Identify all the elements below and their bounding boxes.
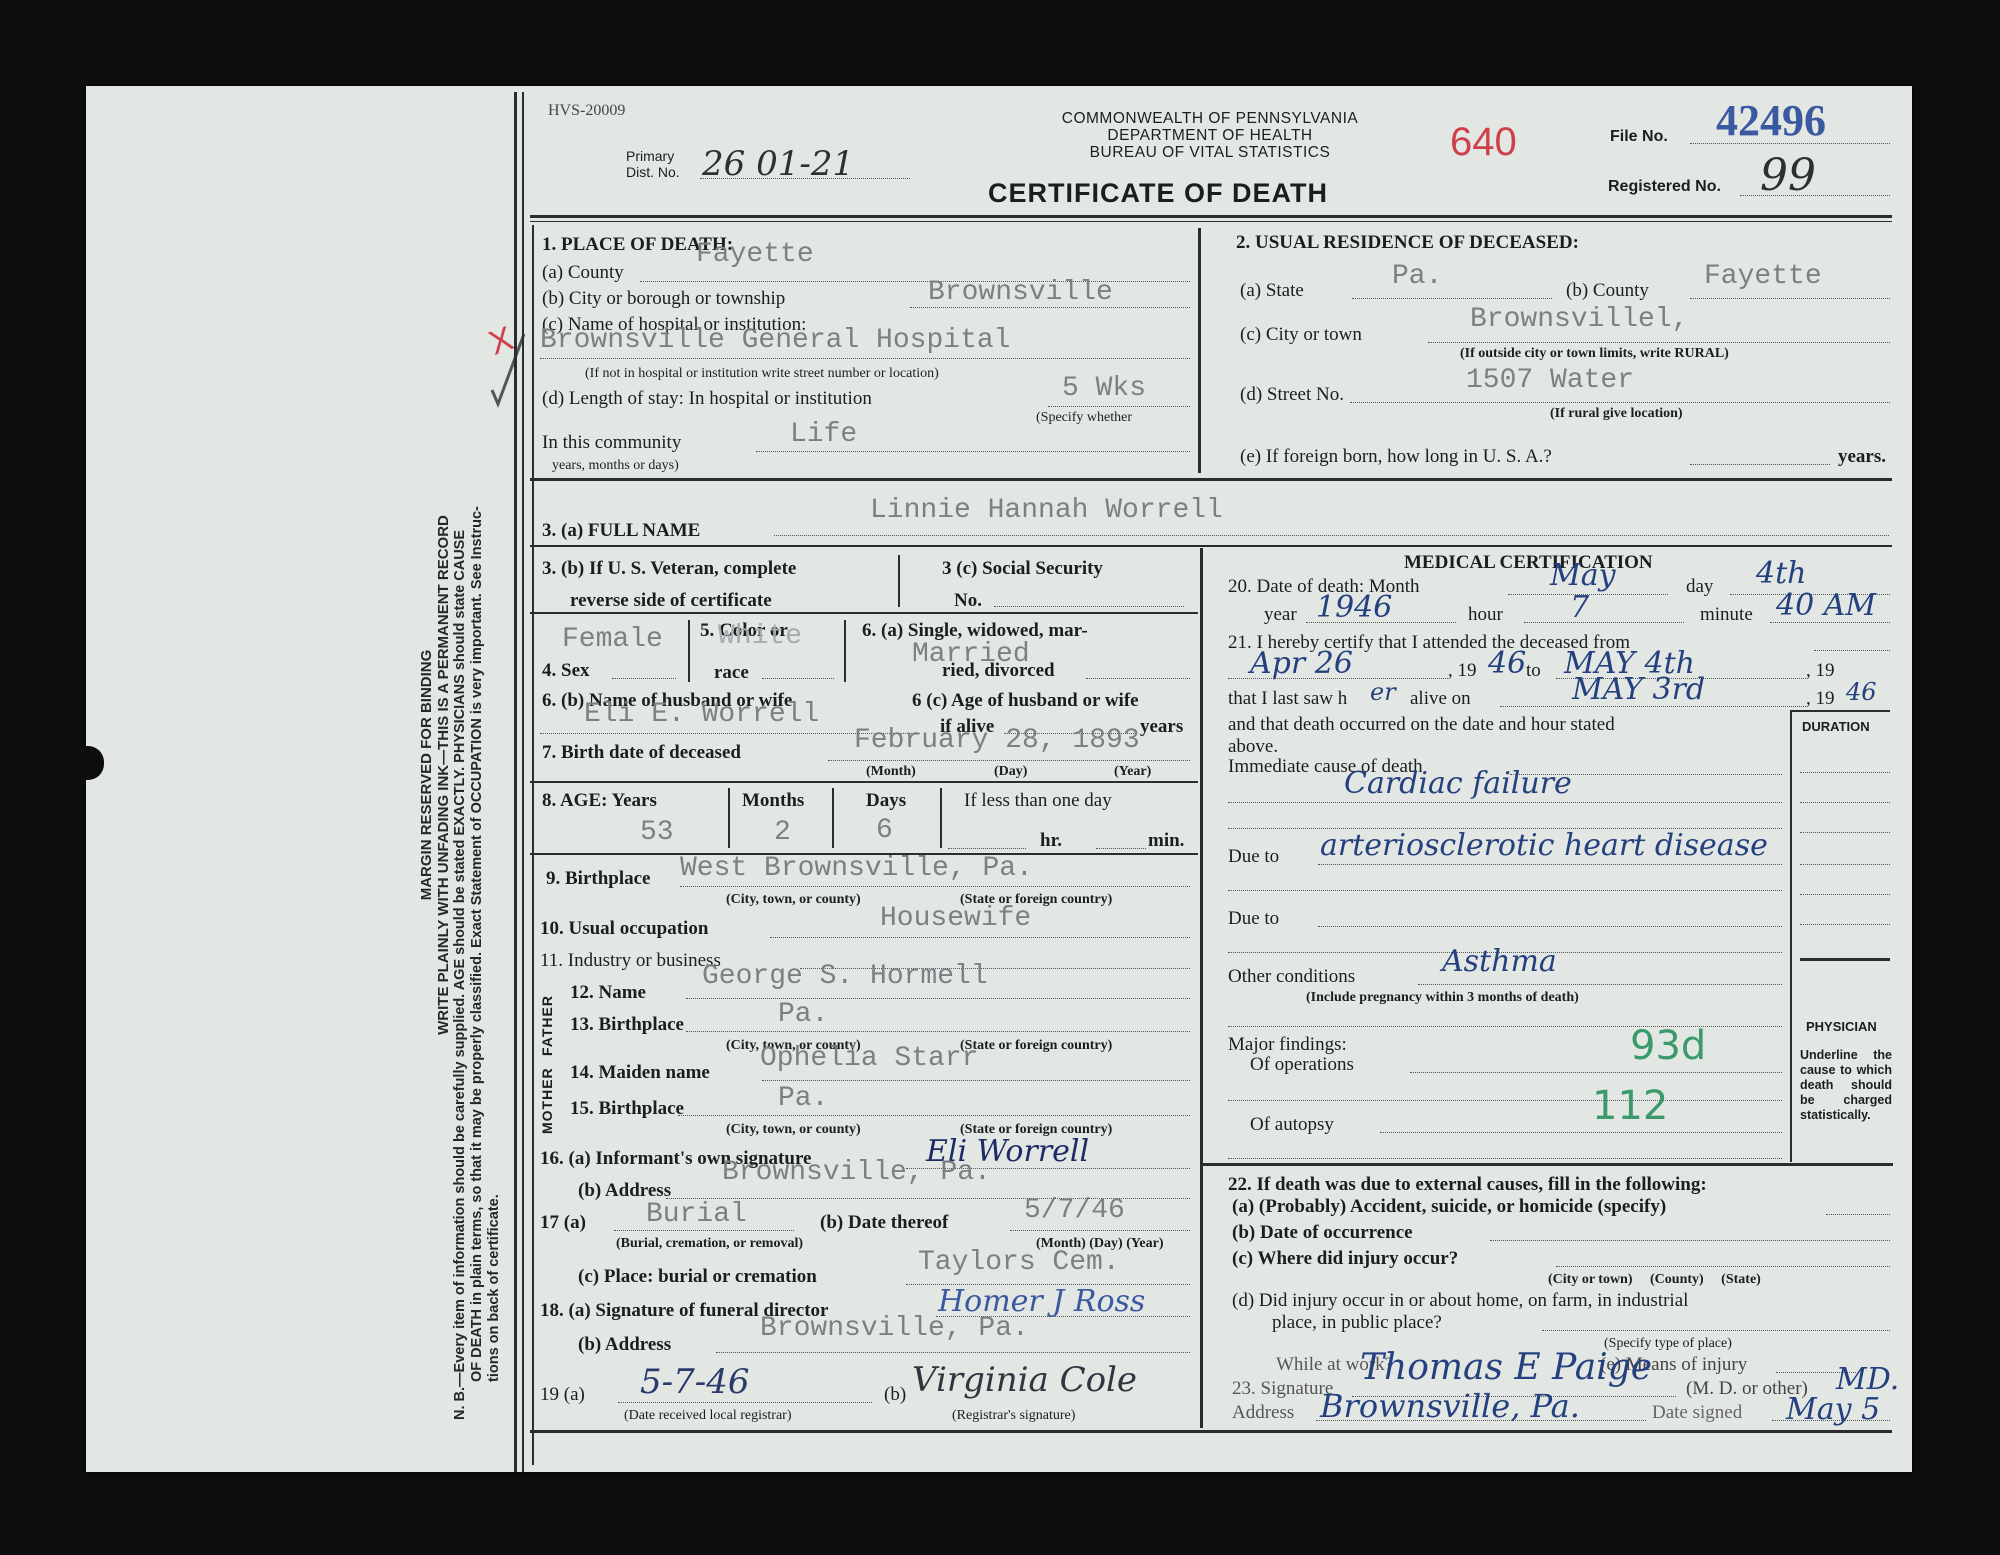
agency-line-3: BUREAU OF VITAL STATISTICS [1000,144,1420,161]
bottom-rule [530,1430,1892,1433]
external-heading: 22. If death was due to external causes,… [1228,1174,1707,1196]
residence-heading: 2. USUAL RESIDENCE OF DECEASED: [1236,232,1579,254]
date-signed-line [1772,1420,1890,1421]
mother-birthplace-line [678,1115,1190,1116]
duration-bottom-rule [1800,958,1890,961]
immediate-cause-line-2 [1228,802,1782,803]
father-name-line [686,998,1190,999]
registrar-date-value[interactable]: 5-7-46 [640,1366,750,1398]
race-value[interactable]: White [718,622,802,652]
form-number: HVS-20009 [548,100,625,122]
last-saw-year[interactable]: 46 [1846,676,1877,708]
res-state-label: (a) State [1240,280,1304,302]
age-divider-3 [940,788,942,848]
duration-line-5 [1800,894,1890,895]
external-a-label: (a) (Probably) Accident, suicide, or hom… [1232,1196,1666,1218]
burial-place-value[interactable]: Taylors Cem. [918,1248,1120,1278]
operations-line [1410,1072,1782,1073]
findings-label: Major findings: [1228,1034,1347,1056]
occupation-value[interactable]: Housewife [880,904,1031,934]
burial-date-label: (b) Date thereof [820,1212,948,1234]
stay-value[interactable]: 5 Wks [1062,374,1146,404]
physician-address-value[interactable]: Brownsville, Pa. [1320,1390,1580,1422]
due-to-1-value[interactable]: arteriosclerotic heart disease [1320,830,1768,862]
margin-ink-note: WRITE PLAINLY WITH UNFADING INK—THIS IS … [435,130,452,1420]
spouse-age-label: 6 (c) Age of husband or wife [912,690,1139,712]
ssn-label-2: No. [954,590,982,612]
due-to-blank-line [1228,890,1782,891]
father-name-value[interactable]: George S. Hormell [702,962,988,992]
burial-date-value[interactable]: 5/7/46 [1024,1196,1125,1226]
birth-date-value[interactable]: February 28, 1893 [854,726,1140,756]
res-street-line [1350,402,1890,403]
death-hour-label: hour [1468,604,1503,626]
duration-line-4 [1800,864,1890,865]
death-hour-line [1524,622,1684,623]
duration-line-6 [1800,924,1890,925]
burial-place-label: (c) Place: burial or cremation [578,1266,817,1288]
file-no-value: 42496 [1716,98,1826,144]
mother-birthplace-value[interactable]: Pa. [778,1084,828,1114]
mother-maiden-line [762,1080,1190,1081]
birthplace-line [680,886,1190,887]
other-conditions-label: Other conditions [1228,966,1355,988]
res-street-label: (d) Street No. [1240,384,1344,406]
last-saw-value[interactable]: MAY 3rd [1572,674,1705,706]
duration-column-divider [1790,712,1792,1162]
full-name-label: 3. (a) FULL NAME [542,520,700,542]
external-b-line [1490,1240,1890,1241]
occupation-line [770,937,1190,938]
rule-after-name [530,545,1892,547]
burial-date-line [1010,1230,1190,1231]
ssn-line [994,606,1184,607]
veteran-ssn-divider [898,555,900,607]
full-name-line [774,535,1889,536]
operations-code[interactable]: 93d [1630,1030,1706,1062]
funeral-address-line [716,1352,1190,1353]
occupation-label: 10. Usual occupation [540,918,708,940]
res-foreign-unit: years. [1838,446,1886,468]
age-divider-1 [728,788,730,848]
death-city-line [910,307,1190,308]
last-saw-year-prefix: , 19 [1806,688,1835,710]
external-d-line [1542,1330,1890,1331]
res-city-note: (If outside city or town limits, write R… [1460,346,1729,362]
external-b-label: (b) Date of occurrence [1232,1222,1413,1244]
rule-after-residence [530,478,1892,481]
res-city-value[interactable]: Brownsvillel, [1470,305,1688,335]
burial-label-a: 17 (a) [540,1212,586,1234]
other-conditions-value[interactable]: Asthma [1442,946,1557,978]
community-value[interactable]: Life [790,420,857,450]
other-conditions-line [1418,984,1782,985]
death-county-value[interactable]: Fayette [696,240,814,270]
dist-line [700,178,910,179]
duration-top-rule [1790,710,1890,712]
specify-note: (Specify whether [1036,410,1132,426]
date-signed-value[interactable]: May 5 [1786,1394,1880,1426]
occurred-text-1: and that death occurred on the date and … [1228,714,1615,736]
funeral-address-label: (b) Address [578,1334,671,1356]
rule-after-birthdate [530,781,1198,783]
death-minute-label: minute [1700,604,1753,626]
death-month-value[interactable]: May [1550,560,1616,592]
external-c-line [1556,1266,1890,1267]
mother-city-note: (City, town, or county) [726,1122,861,1138]
full-name-value[interactable]: Linnie Hannah Worrell [870,496,1223,526]
registered-no-line [1740,195,1890,196]
death-minute-line [1770,622,1890,623]
registrar-signature-note: (Registrar's signature) [952,1408,1075,1424]
registrar-label-a: 19 (a) [540,1384,585,1406]
autopsy-label: Of autopsy [1250,1114,1334,1136]
registered-no-label: Registered No. [1608,176,1721,198]
red-annotation: 640 [1450,126,1517,158]
age-min-label: min. [1148,830,1184,852]
death-city-value[interactable]: Brownsville [928,278,1113,308]
mother-maiden-label: 14. Maiden name [570,1062,710,1084]
res-city-label: (c) City or town [1240,324,1362,346]
paper-tear [80,746,104,780]
stay-label: (d) Length of stay: In hospital or insti… [542,388,872,410]
spouse-age-unit: years [1140,716,1183,738]
res-county-line [1690,298,1890,299]
mother-tag: MOTHER [536,1067,558,1134]
operations-label: Of operations [1250,1054,1354,1076]
res-state-value[interactable]: Pa. [1392,262,1442,292]
father-birthplace-value[interactable]: Pa. [778,1000,828,1030]
birth-year-note: (Year) [1114,764,1151,780]
section-divider-top [1198,228,1201,473]
external-d-label-2: place, in public place? [1272,1312,1442,1334]
sex-line [612,678,676,679]
father-name-label: 12. Name [570,982,646,1004]
birth-month-note: (Month) [866,764,916,780]
age-years-label: 8. AGE: Years [542,790,657,812]
marital-label-2: ried, divorced [942,660,1055,682]
death-county-label: (a) County [542,262,624,284]
ssn-label-1: 3 (c) Social Security [942,558,1103,580]
certificate-title: CERTIFICATE OF DEATH [988,178,1328,209]
registrar-label-b: (b) [884,1384,906,1406]
age-hr-line [948,848,1026,849]
file-no-line [1690,143,1890,144]
physician-heading: PHYSICIAN [1806,1016,1877,1038]
attended-to-label: to [1526,660,1541,682]
duration-line-3 [1800,832,1890,833]
hospital-value[interactable]: Brownsville General Hospital [540,326,1010,356]
rule-after-veteran [530,612,1198,614]
section-divider-main [1200,548,1203,1428]
certify-line [1814,650,1890,651]
last-saw-label: that I last saw h [1228,688,1347,710]
father-birthplace-label: 13. Birthplace [570,1014,684,1036]
community-line [756,451,1190,452]
race-line [762,678,834,679]
burial-method-note: (Burial, cremation, or removal) [616,1236,803,1252]
res-street-value[interactable]: 1507 Water [1466,366,1634,396]
res-foreign-line [1690,464,1830,465]
left-border-3 [532,225,534,1465]
death-day-label: day [1686,576,1713,598]
death-day-value[interactable]: 4th [1756,558,1806,590]
race-marital-divider [844,620,846,682]
alive-on-label: alive on [1410,688,1471,710]
father-tag: FATHER [536,995,558,1056]
sex-race-divider [688,620,690,682]
stay-line [1048,406,1190,407]
father-birthplace-line [686,1031,1190,1032]
registrar-date-note: (Date received local registrar) [624,1408,792,1424]
margin-nb-note-1: N. B.—Every item of information should b… [452,130,469,1420]
community-label: In this community [542,432,681,454]
age-days-value[interactable]: 6 [876,816,893,846]
sex-value[interactable]: Female [562,625,663,655]
left-border-2 [522,92,524,1472]
physician-signature-value[interactable]: Thomas E Paige [1360,1352,1652,1384]
registrar-signature-value[interactable]: Virginia Cole [912,1364,1137,1396]
external-c-note: (City or town) (County) (State) [1548,1272,1761,1288]
sex-label: 4. Sex [542,660,590,682]
last-saw-pronoun[interactable]: er [1370,676,1396,708]
industry-label: 11. Industry or business [540,950,721,972]
physician-signature-label: 23. Signature [1232,1378,1333,1400]
birthplace-value[interactable]: West Brownsville, Pa. [680,854,1033,884]
age-min-line [1096,848,1146,849]
agency-line-1: COMMONWEALTH OF PENNSYLVANIA [1000,110,1420,127]
dist-no-label: Dist. No. [626,164,680,180]
attended-from-year-prefix: , 19 [1448,660,1477,682]
date-signed-label: Date signed [1652,1402,1742,1424]
age-divider-2 [832,788,834,848]
margin-binding-note: MARGIN RESERVED FOR BINDING [418,130,435,1420]
file-no-label: File No. [1610,126,1668,148]
res-county-label: (b) County [1566,280,1649,302]
death-hour-value[interactable]: 7 [1570,592,1589,624]
due-to-1-label: Due to [1228,846,1279,868]
findings-mid-line [1228,1100,1782,1101]
due-to-1-line [1318,864,1782,865]
due-to-2-line [1318,926,1782,927]
external-a-line [1826,1214,1890,1215]
header-rule-thin [530,221,1892,222]
age-lt-day-label: If less than one day [964,790,1112,812]
autopsy-code[interactable]: 112 [1592,1090,1668,1122]
attended-from-value[interactable]: Apr 26 [1250,648,1353,680]
registrar-date-line [618,1402,872,1403]
informant-address-value[interactable]: Brownsville, Pa. [722,1158,991,1188]
hospital-note: (If not in hospital or institution write… [585,366,939,382]
burial-method-value[interactable]: Burial [646,1200,747,1230]
race-label-2: race [714,662,749,684]
autopsy-line [1380,1132,1782,1133]
death-year-line [1306,622,1456,623]
occurred-text-2: above. [1228,736,1278,758]
community-note: years, months or days) [552,458,679,474]
mother-maiden-value[interactable]: Ophelia Starr [760,1044,978,1074]
agency-line-2: DEPARTMENT OF HEALTH [1000,127,1420,144]
burial-method-line [614,1230,794,1231]
physician-address-line [1316,1420,1646,1421]
age-years-value[interactable]: 53 [640,818,674,848]
duration-line-2 [1800,802,1890,803]
attended-from-line [1228,678,1448,679]
rule-before-external [1203,1163,1893,1166]
birth-date-label: 7. Birth date of deceased [542,742,741,764]
birth-day-note: (Day) [994,764,1027,780]
registered-no-value: 99 [1760,160,1816,192]
death-year-label: year [1264,604,1297,626]
res-city-line [1428,342,1890,343]
left-border-1 [514,92,517,1472]
immediate-cause-value[interactable]: Cardiac failure [1344,768,1572,800]
marital-line [1086,678,1190,679]
hospital-line [540,358,1190,359]
res-foreign-label: (e) If foreign born, how long in U. S. A… [1240,446,1552,468]
header-rule [530,215,1892,218]
mother-birthplace-label: 15. Birthplace [570,1098,684,1120]
spouse-value[interactable]: Eli E. Worrell [584,700,819,730]
age-days-label: Days [866,790,906,812]
other-conditions-note: (Include pregnancy within 3 months of de… [1306,990,1579,1006]
attended-from-year[interactable]: 46 [1488,648,1526,680]
father-state-note: (State or foreign country) [960,1038,1112,1054]
margin-nb-note-2: OF DEATH in plain terms, so that it may … [469,130,486,1420]
veteran-label-1: 3. (b) If U. S. Veteran, complete [542,558,796,580]
attended-to-year-prefix: , 19 [1806,660,1835,682]
duration-label: DURATION [1802,716,1870,738]
birth-date-line [828,760,1190,761]
funeral-address-value[interactable]: Brownsville, Pa. [760,1314,1029,1344]
findings-bottom-line [1228,1158,1782,1159]
veteran-label-2: reverse side of certificate [570,590,772,612]
last-saw-line [1500,706,1806,707]
age-hr-label: hr. [1040,830,1062,852]
birthplace-city-note: (City, town, or county) [726,892,861,908]
physician-address-label: Address [1232,1402,1294,1424]
external-c-label: (c) Where did injury occur? [1232,1248,1458,1270]
duration-line-1 [1800,772,1890,773]
death-minute-value[interactable]: 40 AM [1776,590,1876,622]
res-state-line [1352,298,1552,299]
age-months-label: Months [742,790,804,812]
physician-note: Underline the cause to which death shoul… [1800,1048,1892,1123]
res-county-value[interactable]: Fayette [1704,262,1822,292]
age-months-value[interactable]: 2 [774,818,791,848]
birthplace-label: 9. Birthplace [546,868,651,890]
due-to-2-label: Due to [1228,908,1279,930]
external-d-label-1: (d) Did injury occur in or about home, o… [1232,1290,1688,1312]
primary-label: Primary [626,148,674,164]
death-year-value[interactable]: 1946 [1316,592,1392,624]
death-city-label: (b) City or borough or township [542,288,785,310]
res-street-note: (If rural give location) [1550,406,1683,422]
primary-dist-value: 26 01-21 [702,148,854,180]
